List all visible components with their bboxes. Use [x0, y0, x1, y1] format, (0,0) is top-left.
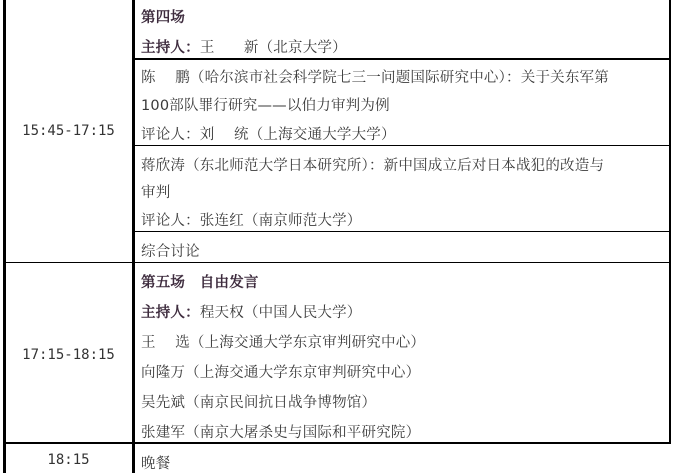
session4-time: 15:45-17:15	[5, 123, 132, 139]
host-value: 程天权（中国人民大学）	[200, 305, 362, 321]
talk2-title-line2: 审判	[141, 181, 170, 202]
host-value: 王 新（北京大学）	[200, 40, 347, 56]
row-divider-session4-header	[134, 58, 671, 60]
host-label: 主持人：	[141, 305, 200, 321]
row-divider-dinner	[3, 442, 671, 444]
speaker-item: 吴先斌（南京民间抗日战争博物馆）	[141, 391, 376, 412]
host-label: 主持人：	[141, 40, 200, 56]
talk1-reviewer: 评论人：刘 统（上海交通大学大学）	[141, 123, 396, 144]
dinner-label: 晚餐	[141, 452, 170, 473]
speaker-item: 王 选（上海交通大学东京审判研究中心）	[141, 331, 425, 352]
general-discussion: 综合讨论	[141, 240, 200, 261]
talk1-title-line2: 100部队罪行研究——以伯力审判为例	[141, 94, 390, 115]
speaker-item: 张建军（南京大屠杀史与国际和平研究院）	[141, 421, 420, 442]
table-right-border	[669, 0, 671, 443]
table-left-border	[3, 0, 6, 473]
dinner-time: 18:15	[5, 452, 132, 468]
talk1-title-line1: 陈 鹏（哈尔滨市社会科学院七三一问题国际研究中心）：关于关东军第	[141, 66, 609, 87]
session5-title: 第五场 自由发言	[141, 271, 259, 292]
row-divider-talk1	[134, 145, 671, 146]
session4-title: 第四场	[141, 6, 185, 27]
session5-host: 主持人：程天权（中国人民大学）	[141, 301, 362, 322]
row-divider-session5	[3, 262, 671, 263]
session4-host: 主持人：王 新（北京大学）	[141, 36, 347, 57]
talk2-reviewer: 评论人：张连红（南京师范大学）	[141, 209, 362, 230]
session5-time: 17:15-18:15	[5, 347, 132, 363]
speaker-item: 向隆万（上海交通大学东京审判研究中心）	[141, 361, 420, 382]
row-divider-talk2	[134, 231, 671, 232]
talk2-title-line1: 蒋欣涛（东北师范大学日本研究所）：新中国成立后对日本战犯的改造与	[141, 154, 604, 175]
column-divider	[132, 0, 135, 473]
